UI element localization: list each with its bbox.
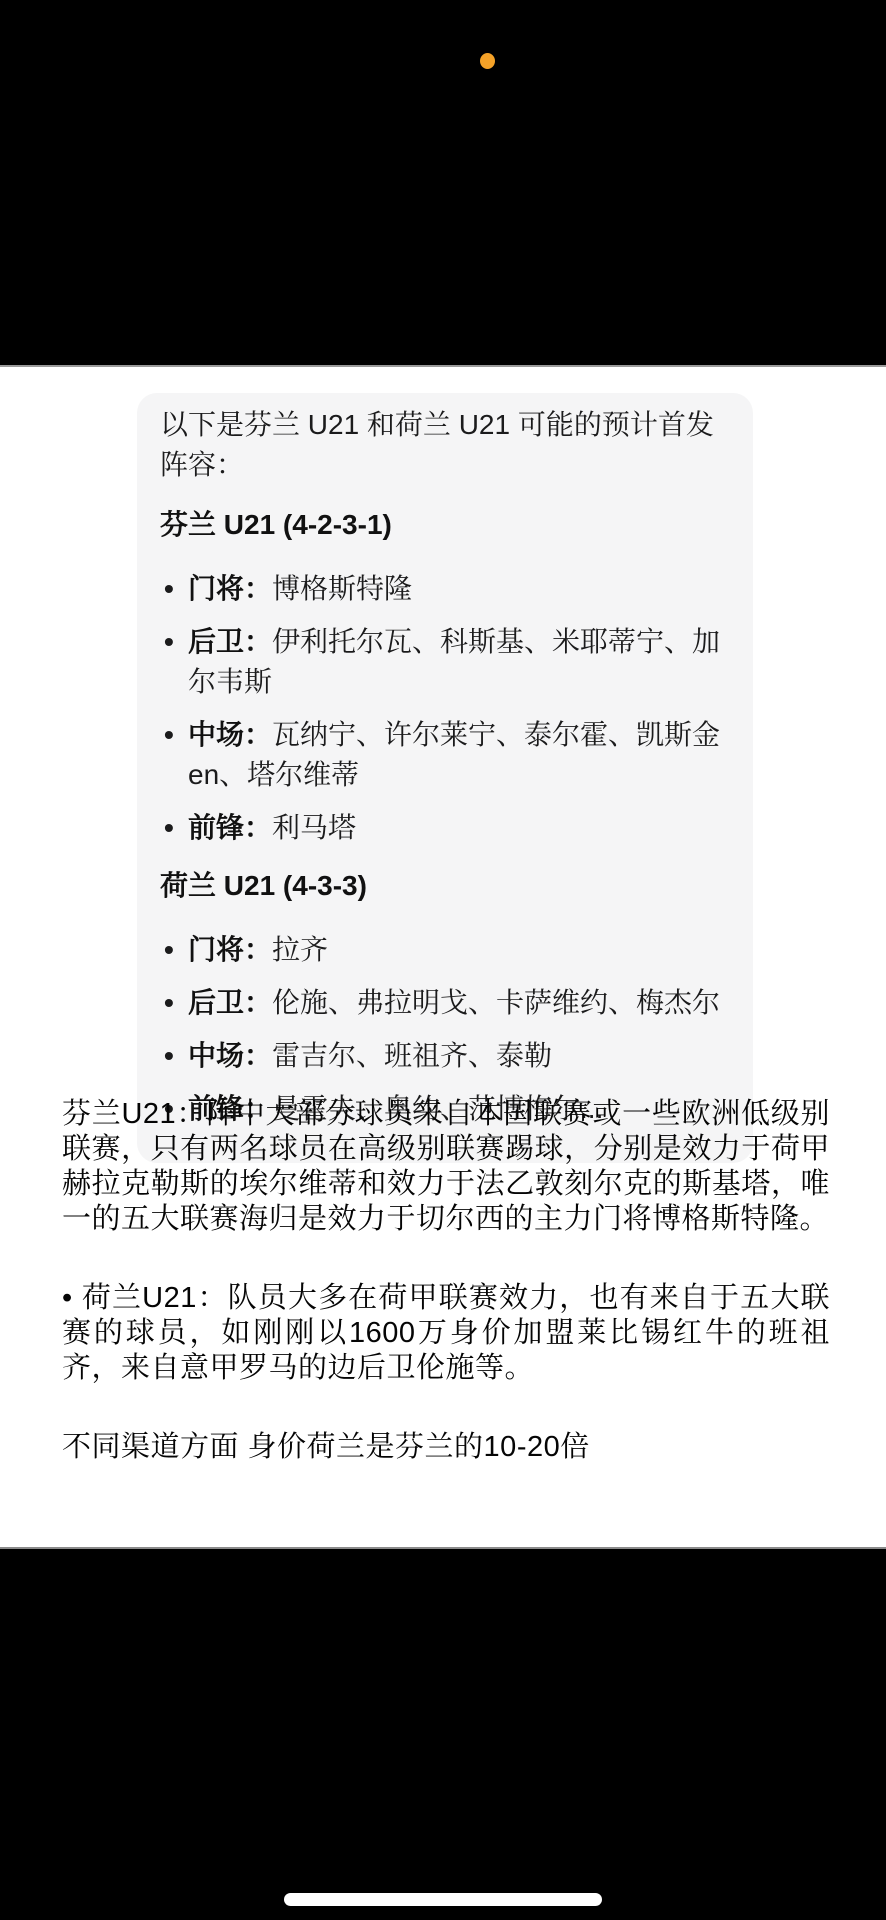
player-names: 博格斯特隆 xyxy=(272,573,412,604)
lineup-item: •中场：瓦纳宁、许尔莱宁、泰尔霍、凯斯金en、塔尔维蒂 xyxy=(160,715,727,795)
bullet-icon: • xyxy=(164,715,174,755)
status-letterbox-area xyxy=(0,0,886,365)
bottom-letterbox-area xyxy=(0,1549,886,1920)
player-names: 拉齐 xyxy=(272,934,328,965)
section-heading-netherlands: 荷兰 U21 (4-3-3) xyxy=(160,866,727,906)
card-intro-text: 以下是芬兰 U21 和荷兰 U21 可能的预计首发阵容： xyxy=(160,405,727,485)
position-label: 门将： xyxy=(188,573,272,604)
analysis-paragraph-netherlands: • 荷兰U21：队员大多在荷甲联赛效力，也有来自于五大联赛的球员，如刚刚以160… xyxy=(62,1281,830,1386)
analysis-paragraph-finland: 芬兰U21：阵中大部分球员来自本国联赛或一些欧洲低级别联赛，只有两名球员在高级别… xyxy=(62,1097,830,1237)
lineup-item: •前锋：利马塔 xyxy=(160,808,727,848)
position-label: 后卫： xyxy=(188,987,272,1018)
bullet-icon: • xyxy=(164,1036,174,1076)
bullet-icon: • xyxy=(164,622,174,662)
analysis-text-block: 芬兰U21：阵中大部分球员来自本国联赛或一些欧洲低级别联赛，只有两名球员在高级别… xyxy=(0,1097,886,1465)
position-label: 前锋： xyxy=(188,812,272,843)
analysis-paragraph-market-value: 不同渠道方面 身价荷兰是芬兰的10-20倍 xyxy=(62,1430,830,1465)
bullet-icon: • xyxy=(164,569,174,609)
bullet-icon: • xyxy=(164,983,174,1023)
content-area: 以下是芬兰 U21 和荷兰 U21 可能的预计首发阵容： 芬兰 U21 (4-2… xyxy=(0,365,886,1549)
lineup-item: •后卫：伊利托尔瓦、科斯基、米耶蒂宁、加尔韦斯 xyxy=(160,622,727,702)
position-label: 中场： xyxy=(188,1040,272,1071)
player-names: 利马塔 xyxy=(272,812,356,843)
bullet-icon: • xyxy=(164,808,174,848)
lineup-item: •中场：雷吉尔、班祖齐、泰勒 xyxy=(160,1036,727,1076)
position-label: 门将： xyxy=(188,934,272,965)
section-heading-finland: 芬兰 U21 (4-2-3-1) xyxy=(160,505,727,545)
player-names: 伦施、弗拉明戈、卡萨维约、梅杰尔 xyxy=(272,987,720,1018)
lineup-item: •门将：博格斯特隆 xyxy=(160,569,727,609)
lineup-card: 以下是芬兰 U21 和荷兰 U21 可能的预计首发阵容： 芬兰 U21 (4-2… xyxy=(137,393,753,1163)
position-label: 中场： xyxy=(188,719,272,750)
position-label: 后卫： xyxy=(188,626,272,657)
lineup-item: •门将：拉齐 xyxy=(160,930,727,970)
screen-recording-frame: { "colors": { "frame_bg": "#000000", "pa… xyxy=(0,0,886,1920)
home-indicator[interactable] xyxy=(284,1893,602,1906)
player-names: 雷吉尔、班祖齐、泰勒 xyxy=(272,1040,552,1071)
lineup-list-finland: •门将：博格斯特隆 •后卫：伊利托尔瓦、科斯基、米耶蒂宁、加尔韦斯 •中场：瓦纳… xyxy=(160,569,727,848)
bullet-icon: • xyxy=(164,930,174,970)
lineup-item: •后卫：伦施、弗拉明戈、卡萨维约、梅杰尔 xyxy=(160,983,727,1023)
recording-indicator-dot xyxy=(480,53,495,69)
